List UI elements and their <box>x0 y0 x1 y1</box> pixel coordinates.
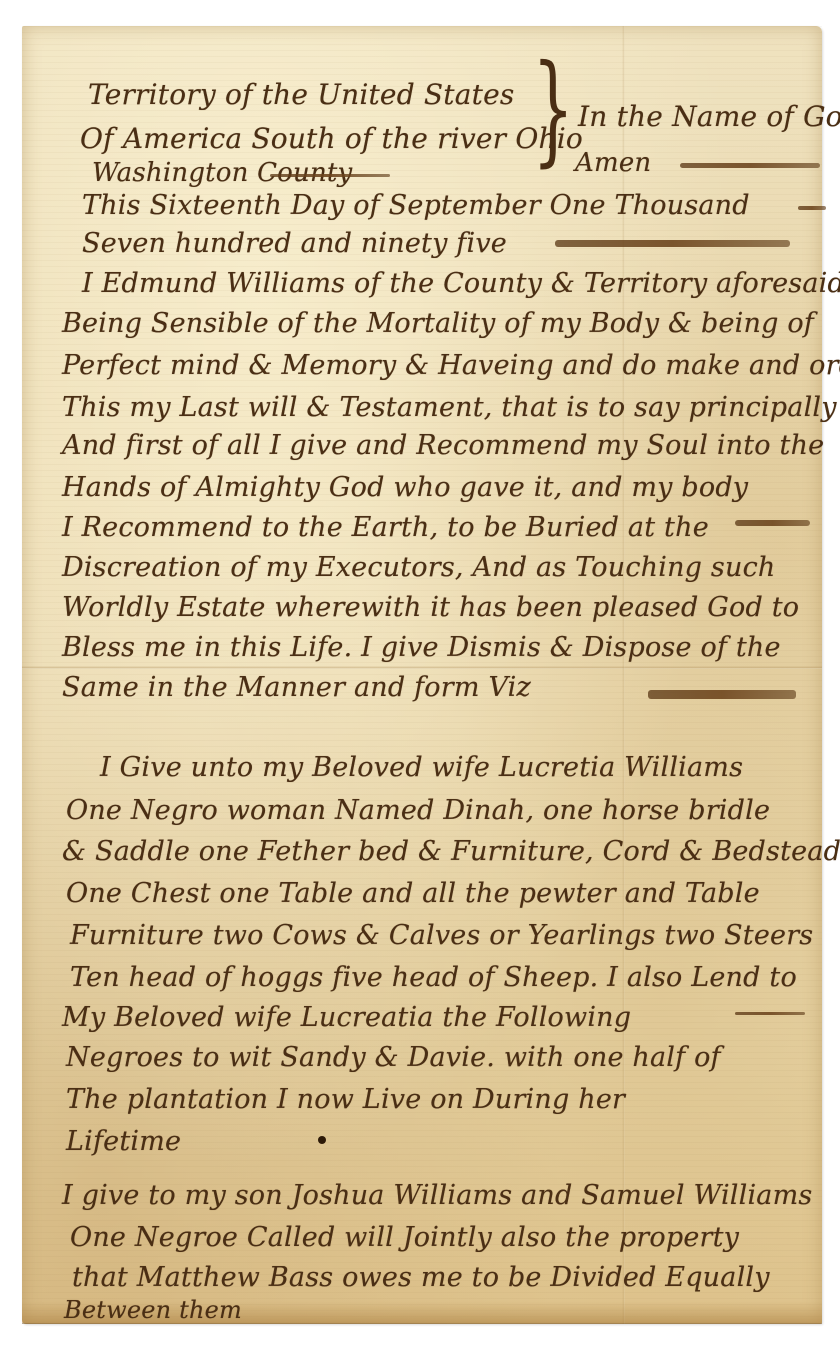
text-line-lifetime: Lifetime <box>66 1126 181 1157</box>
text-line-testament: This my Last will & Testament, that is t… <box>62 392 837 423</box>
text-line-furniture: Furniture two Cows & Calves or Yearlings… <box>70 920 813 951</box>
text-line-testator: I Edmund Williams of the County & Territ… <box>82 268 840 299</box>
text-line-mind: Perfect mind & Memory & Haveing and do m… <box>62 350 840 381</box>
text-line-sons: I give to my son Joshua Williams and Sam… <box>62 1180 812 1211</box>
flourish-line <box>798 206 826 210</box>
flourish-line <box>680 163 820 168</box>
text-line-executors: Discreation of my Executors, And as Touc… <box>62 552 776 583</box>
flourish-line <box>270 174 390 177</box>
text-line-bequest-wife: I Give unto my Beloved wife Lucretia Wil… <box>100 752 743 783</box>
flourish-line <box>555 240 790 247</box>
text-line-dinah: One Negro woman Named Dinah, one horse b… <box>66 795 770 826</box>
text-line-earth: I Recommend to the Earth, to be Buried a… <box>62 512 709 543</box>
flourish-line <box>735 1012 805 1015</box>
text-line-mortality: Being Sensible of the Mortality of my Bo… <box>62 308 814 339</box>
text-line-manner: Same in the Manner and form Viz <box>62 672 531 703</box>
text-line-soul: And first of all I give and Recommend my… <box>62 430 824 461</box>
text-line-will: One Negroe Called will Jointly also the … <box>70 1222 739 1253</box>
flourish-line <box>735 520 810 526</box>
horizontal-fold-crease <box>22 666 822 669</box>
flourish-line <box>648 690 796 699</box>
header-county-line: Washington County <box>92 158 352 188</box>
text-line-bless: Bless me in this Life. I give Dismis & D… <box>62 632 781 663</box>
text-line-livestock: Ten head of hoggs five head of Sheep. I … <box>70 962 797 993</box>
text-line-negroes: Negroes to wit Sandy & Davie. with one h… <box>66 1042 721 1073</box>
ink-blot <box>318 1136 326 1144</box>
text-line-saddle: & Saddle one Fether bed & Furniture, Cor… <box>62 836 840 867</box>
text-line-lend: My Beloved wife Lucreatia the Following <box>62 1002 631 1033</box>
text-line-chest: One Chest one Table and all the pewter a… <box>66 878 760 909</box>
text-line-date: This Sixteenth Day of September One Thou… <box>82 190 750 221</box>
text-line-plantation: The plantation I now Live on During her <box>66 1084 625 1115</box>
invocation-line: In the Name of God <box>578 100 840 133</box>
text-line-between: Between them <box>64 1296 242 1324</box>
curly-brace-glyph: } <box>532 50 574 170</box>
text-line-matthew: that Matthew Bass owes me to be Divided … <box>72 1262 770 1293</box>
text-line-hands: Hands of Almighty God who gave it, and m… <box>62 472 748 503</box>
header-territory-line: Territory of the United States <box>88 78 514 111</box>
text-line-estate: Worldly Estate wherewith it has been ple… <box>62 592 799 623</box>
amen-line: Amen <box>575 148 651 178</box>
text-line-year: Seven hundred and ninety five <box>82 228 507 259</box>
header-america-line: Of America South of the river Ohio <box>80 122 583 155</box>
